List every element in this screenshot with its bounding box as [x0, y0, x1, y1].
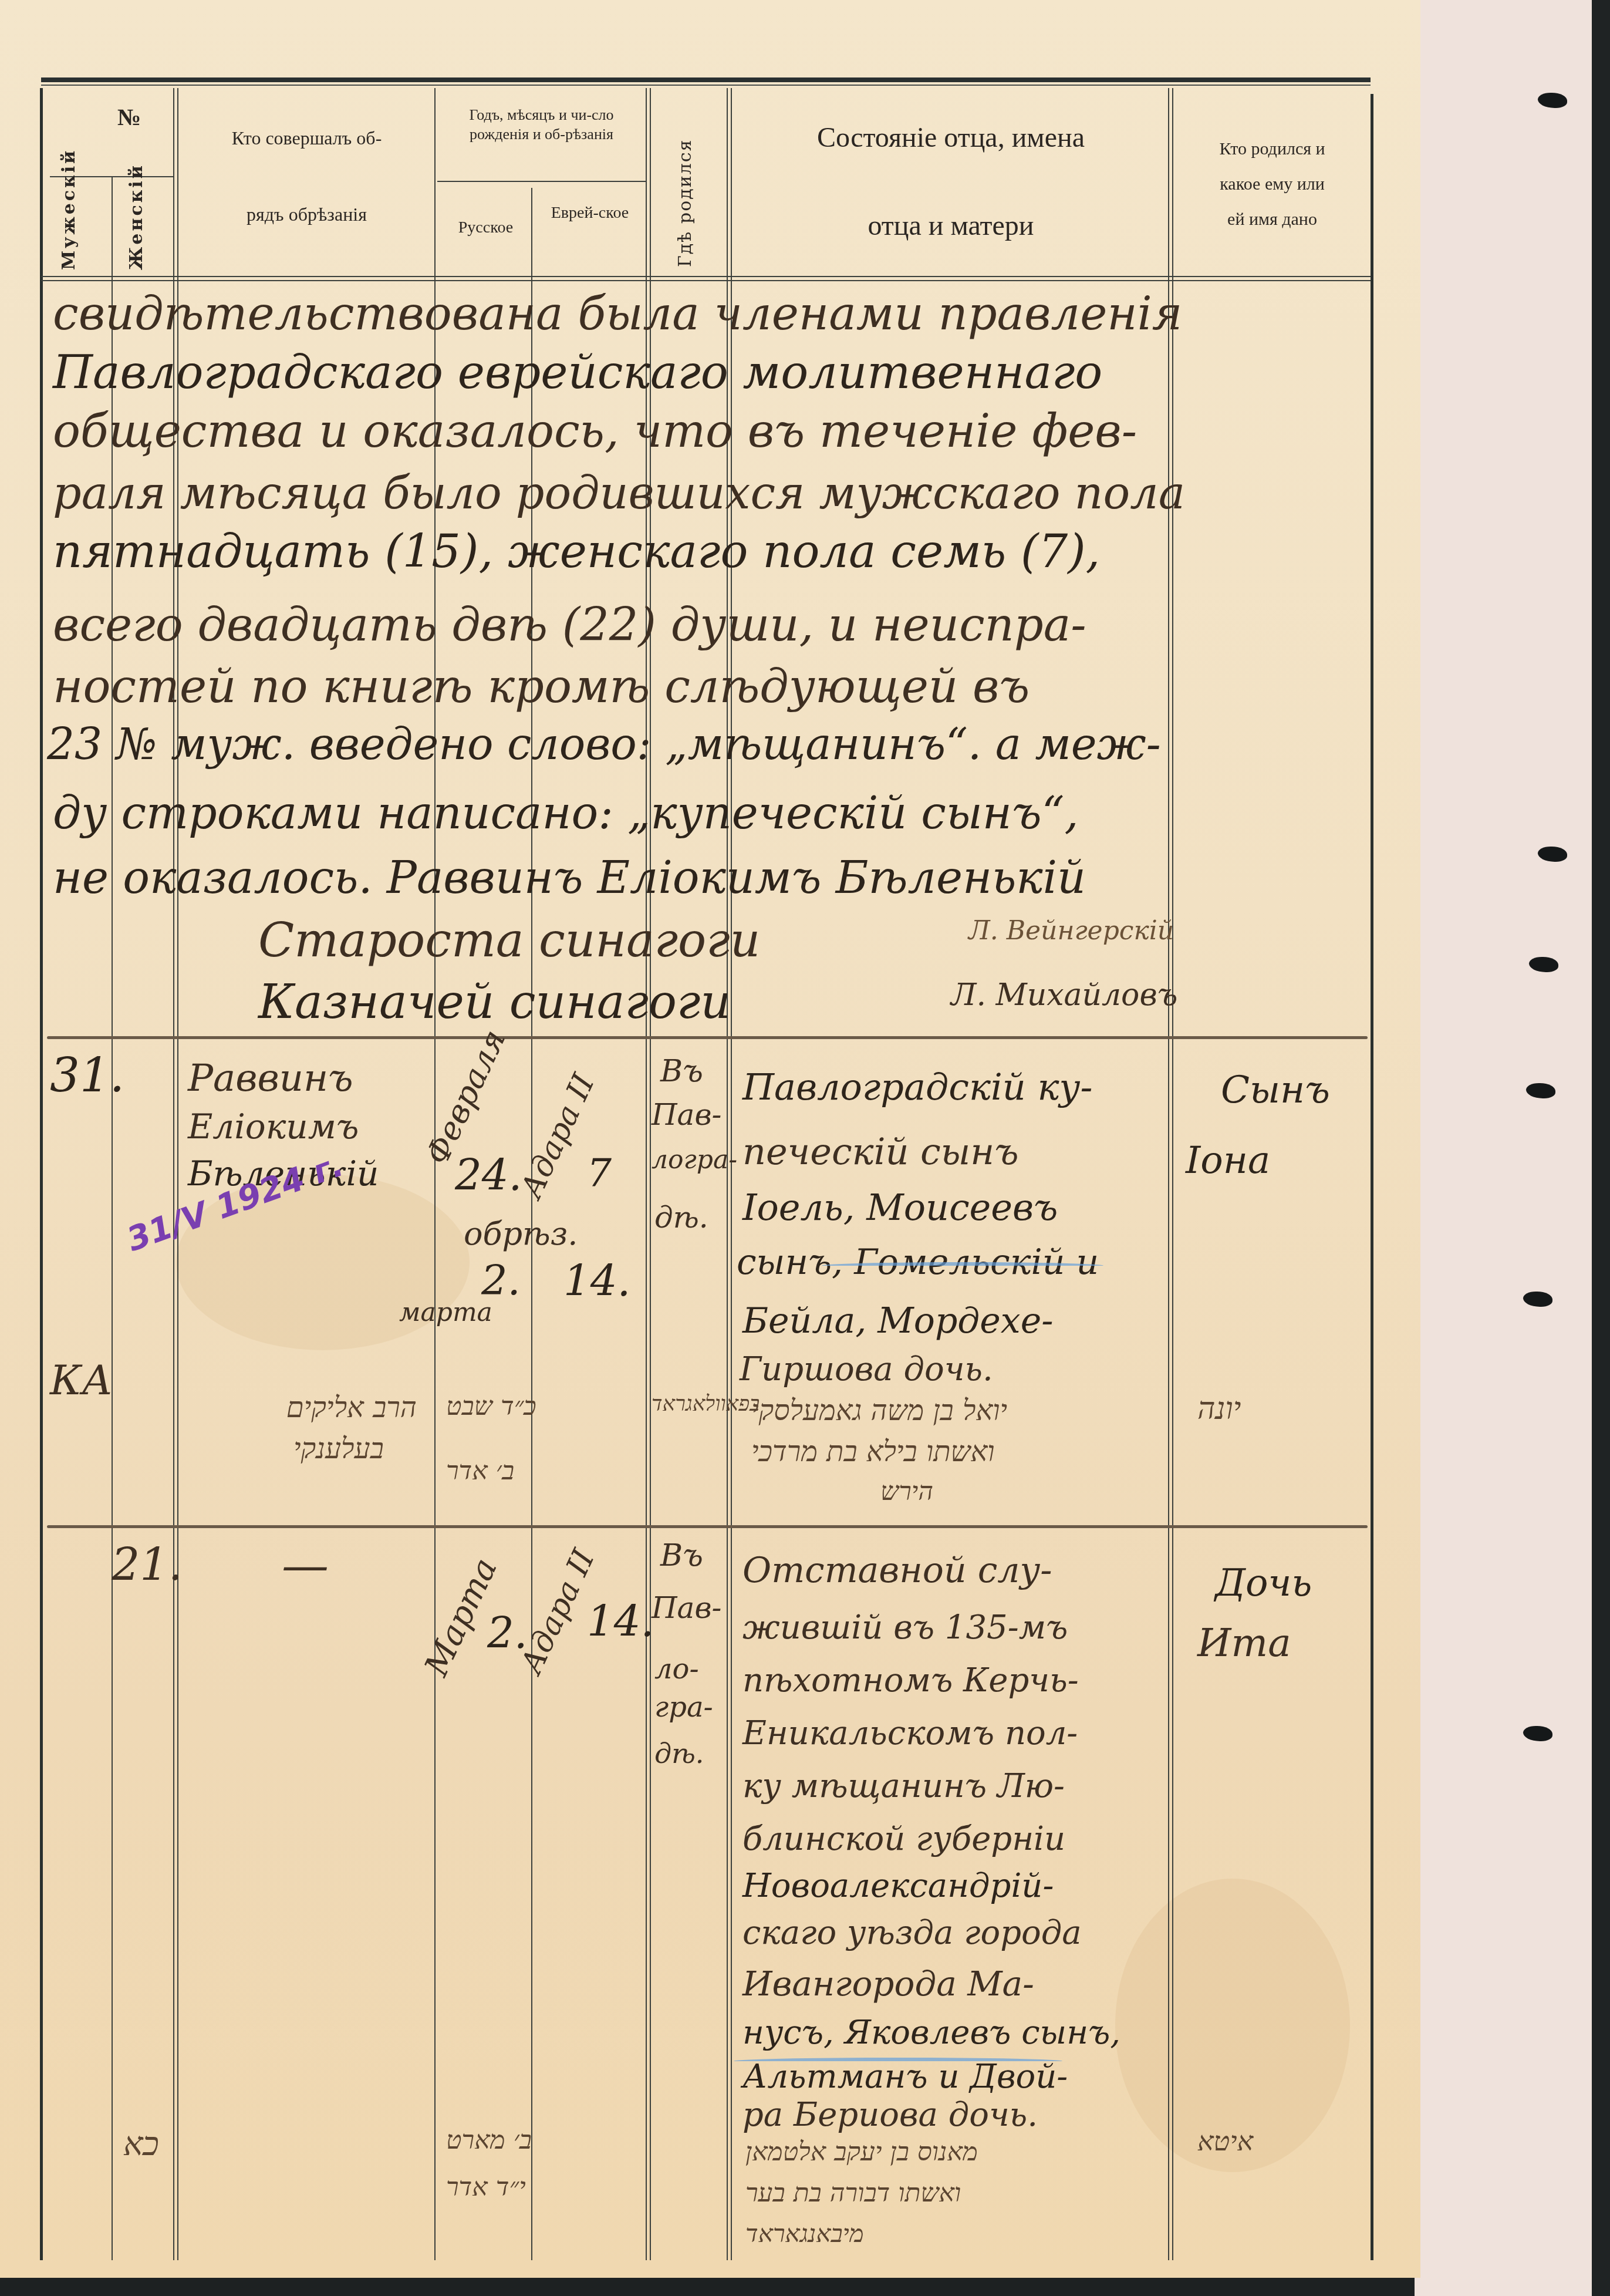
header-male: Мужескій — [59, 188, 79, 270]
performer-line: Раввинъ — [188, 1057, 353, 1100]
parents-line: пѣхотномъ Керчь- — [742, 1661, 1079, 1700]
parents-line: ку мѣщанинъ Лю- — [742, 1767, 1065, 1805]
parents-line: нусъ, Яковлевъ сынъ, — [742, 2014, 1120, 2052]
birthplace-line: дѣ. — [654, 1738, 704, 1769]
child-gender: Сынъ — [1221, 1068, 1330, 1112]
parents-hebrew: מאנוס בן יעקב אלטמאן — [745, 2137, 978, 2167]
child-gender: Дочь — [1215, 1562, 1312, 1605]
blue-pencil-underline — [734, 2058, 1062, 2065]
child-name-hebrew: איטא — [1197, 2125, 1253, 2157]
parents-line: блинской губерніи — [742, 1820, 1065, 1858]
circ-label: обрѣз. — [464, 1215, 578, 1252]
birthplace-line: Въ — [660, 1538, 703, 1573]
cert-line: 23 № муж. введено слово: „мѣщанинъ“. а м… — [47, 719, 1161, 770]
date-hebrew-script: י״ד אדר — [446, 2172, 526, 2202]
top-border-thick — [41, 77, 1371, 82]
cert-line: свидѣтельствована была членами правленія — [53, 288, 1182, 340]
performer-hebrew: הרב אליקים — [194, 1391, 417, 1424]
header-parents-line2: отца и матери — [734, 208, 1168, 244]
header-date-russian: Русское — [440, 217, 531, 238]
parents-line: Павлоградскій ку- — [742, 1066, 1092, 1108]
birthplace-line: дѣ. — [654, 1201, 708, 1235]
top-border-thin — [41, 85, 1371, 86]
birthplace-hebrew: בפאוולאגראד — [652, 1391, 760, 1416]
performer-line: Еліокимъ — [188, 1107, 359, 1147]
header-date-title: Годъ, мѣсяцъ и чи-сло рожденія и об-рѣза… — [440, 106, 643, 144]
header-number-symbol: № — [112, 103, 147, 132]
cert-line: общества и оказалось, что въ теченіе фев… — [53, 405, 1137, 458]
cert-line: Павлоградскаго еврейскаго молитвеннаго — [53, 346, 1102, 399]
parents-line: Іоель, Моисеевъ — [742, 1186, 1058, 1229]
header-bottom-line — [41, 276, 1371, 277]
birthplace-line: Пав- — [652, 1591, 721, 1625]
header-bottom-line — [41, 280, 1371, 281]
blue-pencil-underline — [822, 1262, 1103, 1269]
date-hebrew-script: ב׳ אדר — [446, 1456, 514, 1486]
header-performer-line2: рядъ обрѣзанія — [182, 203, 431, 226]
signature-name-elder: Л. Вейнгерскій — [968, 916, 1174, 946]
parents-line: Гиршова дочь. — [740, 1350, 993, 1388]
entry-separator — [47, 1036, 1368, 1039]
parents-line: Еникальскомъ пол- — [742, 1714, 1078, 1752]
birthplace-line: Въ — [660, 1054, 703, 1089]
header-child-line2: какое ему или — [1174, 173, 1371, 195]
hebrew-entry-number: כא — [123, 2125, 159, 2163]
register-page: № Мужескій Женскій Кто совершалъ об- ряд… — [0, 0, 1420, 2278]
parents-hebrew: מיבאנגאראד — [745, 2219, 864, 2248]
birthplace-line: Пав- — [652, 1098, 721, 1132]
entry-separator — [47, 1525, 1368, 1528]
header-date-divider — [437, 181, 646, 182]
parents-line: Новоалександрій- — [742, 1867, 1054, 1905]
signature-role-elder: Староста синагоги — [258, 913, 760, 967]
date-hebrew-script: כ״ד שבט — [446, 1391, 536, 1421]
day-hebrew: 14. — [587, 1597, 654, 1646]
birthplace-line: гра- — [654, 1691, 713, 1724]
header-female: Женскій — [126, 188, 147, 270]
parents-hebrew: ואשתו בילא בת מרדכי — [751, 1435, 995, 1468]
cert-line: пятнадцать (15), женскаго пола семь (7), — [53, 525, 1100, 578]
child-name: Ита — [1197, 1620, 1291, 1665]
header-parents-line1: Состояніе отца, имена — [734, 120, 1168, 156]
cert-line: раля мѣсяца было родившихся мужскаго пол… — [53, 467, 1185, 519]
cert-line: ду строками написано: „купеческій сынъ“, — [53, 787, 1079, 839]
parents-hebrew: ואשתו דבורה בת בער — [745, 2178, 961, 2208]
parents-line: Ивангорода Ма- — [742, 1964, 1034, 2004]
circ-month-russian: марта — [399, 1297, 492, 1327]
parents-line: ра Бериова дочь. — [742, 2096, 1038, 2134]
right-border — [1371, 94, 1373, 2260]
circ-day-hebrew: 14. — [563, 1256, 631, 1306]
header-performer-line1: Кто совершалъ об- — [182, 126, 431, 150]
header-child-line3: ей имя дано — [1174, 208, 1371, 231]
child-name: Іона — [1186, 1139, 1270, 1182]
birthplace-line: логра- — [652, 1145, 737, 1175]
col-divider — [1168, 88, 1169, 2260]
entry-number-male: 31. — [50, 1048, 124, 1103]
signature-role-treasurer: Казначей синагоги — [258, 975, 731, 1029]
scan-background-edge — [1592, 0, 1610, 2296]
parents-line: Отставной слу- — [742, 1550, 1052, 1591]
signature-name-treasurer: Л. Михайловъ — [951, 977, 1177, 1013]
performer-hebrew: בעלענקי — [293, 1432, 384, 1465]
parents-line: печескій сынъ — [742, 1130, 1018, 1173]
birth-day-russian: 24. — [455, 1151, 522, 1200]
parents-hebrew: יואל בן משה גאמעלסקי — [751, 1394, 1007, 1427]
parents-line: Бейла, Мордехе- — [742, 1300, 1053, 1341]
cert-line: всего двадцать двѣ (22) души, и неиспра- — [53, 599, 1086, 652]
birth-day-hebrew: 7 — [587, 1151, 612, 1196]
entry-number-female: 21. — [112, 1538, 183, 1590]
left-border — [40, 88, 43, 2260]
date-hebrew-script: ב׳ מארט — [446, 2125, 532, 2155]
parents-line: жившій въ 135-мъ — [742, 1609, 1068, 1647]
parents-line: скаго уѣзда города — [742, 1914, 1082, 1952]
header-birthplace: Гдѣ родился — [675, 120, 696, 267]
birthplace-line: ло- — [654, 1653, 699, 1685]
cert-line: не оказалось. Раввинъ Еліокимъ Бѣленькій — [53, 851, 1086, 903]
header-date-hebrew: Еврей-ское — [534, 203, 646, 223]
hebrew-entry-number: КА — [50, 1356, 113, 1404]
performer-blank-dash: — — [194, 1538, 417, 1593]
parents-hebrew: הירש — [880, 1476, 933, 1506]
cert-line: ностей по книгѣ кромѣ слѣдующей въ — [53, 660, 1030, 713]
child-name-hebrew: יונה — [1197, 1391, 1241, 1427]
backing-paper — [1415, 0, 1608, 2296]
col-divider — [1172, 88, 1173, 2260]
birth-month-rotated: Февраля — [418, 1024, 513, 1170]
header-child-line1: Кто родился и — [1174, 138, 1371, 160]
